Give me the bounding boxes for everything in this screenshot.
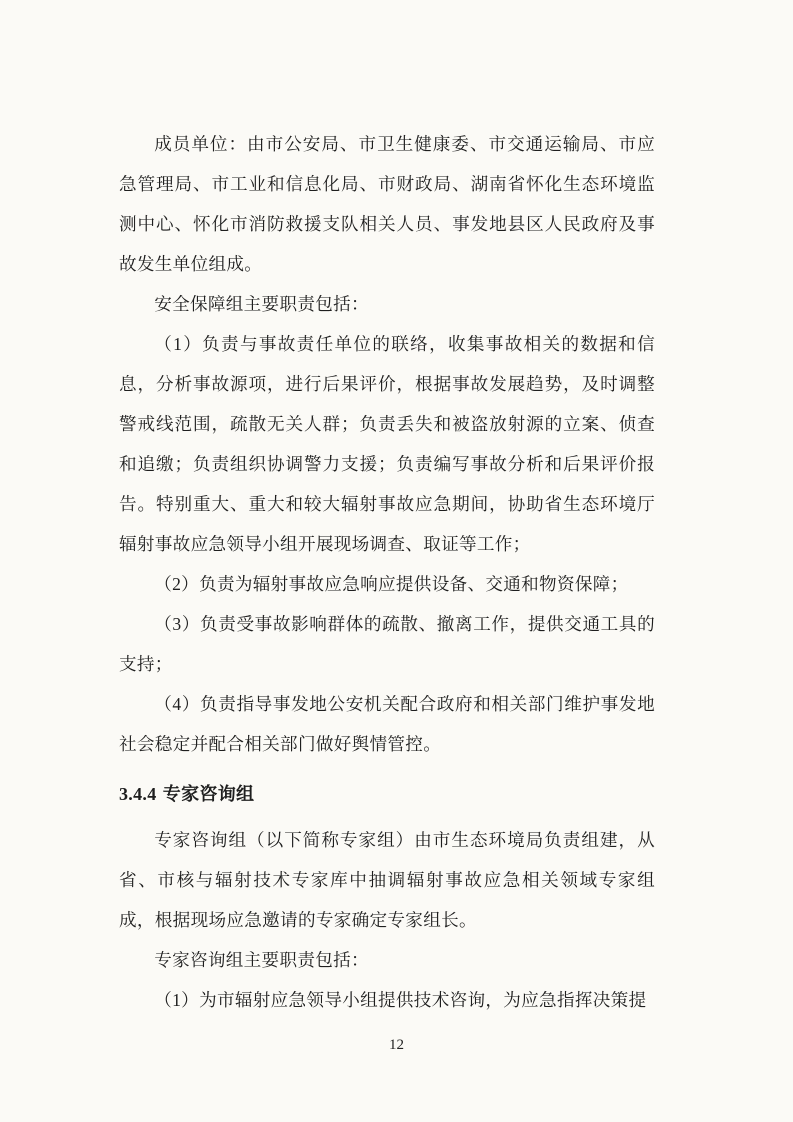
body-paragraph: 专家咨询组（以下简称专家组）由市生态环境局负责组建，从省、市核与辐射技术专家库中… <box>119 820 655 940</box>
body-paragraph: （3）负责受事故影响群体的疏散、撤离工作，提供交通工具的支持； <box>119 604 655 684</box>
body-paragraph: （4）负责指导事发地公安机关配合政府和相关部门维护事发地社会稳定并配合相关部门做… <box>119 684 655 764</box>
section-number: 3.4.4 <box>119 784 157 804</box>
page-number: 12 <box>0 1034 793 1056</box>
body-paragraph: （1）负责与事故责任单位的联络，收集事故相关的数据和信息，分析事故源项，进行后果… <box>119 324 655 564</box>
body-paragraph: 专家咨询组主要职责包括： <box>119 940 655 980</box>
document-page: 成员单位：由市公安局、市卫生健康委、市交通运输局、市应急管理局、市工业和信息化局… <box>0 0 793 1122</box>
body-paragraph: （1）为市辐射应急领导小组提供技术咨询，为应急指挥决策提 <box>119 980 655 1020</box>
body-paragraph: （2）负责为辐射事故应急响应提供设备、交通和物资保障； <box>119 564 655 604</box>
section-heading: 3.4.4专家咨询组 <box>119 774 655 814</box>
section-title: 专家咨询组 <box>163 784 255 804</box>
body-paragraph: 成员单位：由市公安局、市卫生健康委、市交通运输局、市应急管理局、市工业和信息化局… <box>119 124 655 284</box>
page-content: 成员单位：由市公安局、市卫生健康委、市交通运输局、市应急管理局、市工业和信息化局… <box>119 124 655 1020</box>
body-paragraph: 安全保障组主要职责包括： <box>119 284 655 324</box>
